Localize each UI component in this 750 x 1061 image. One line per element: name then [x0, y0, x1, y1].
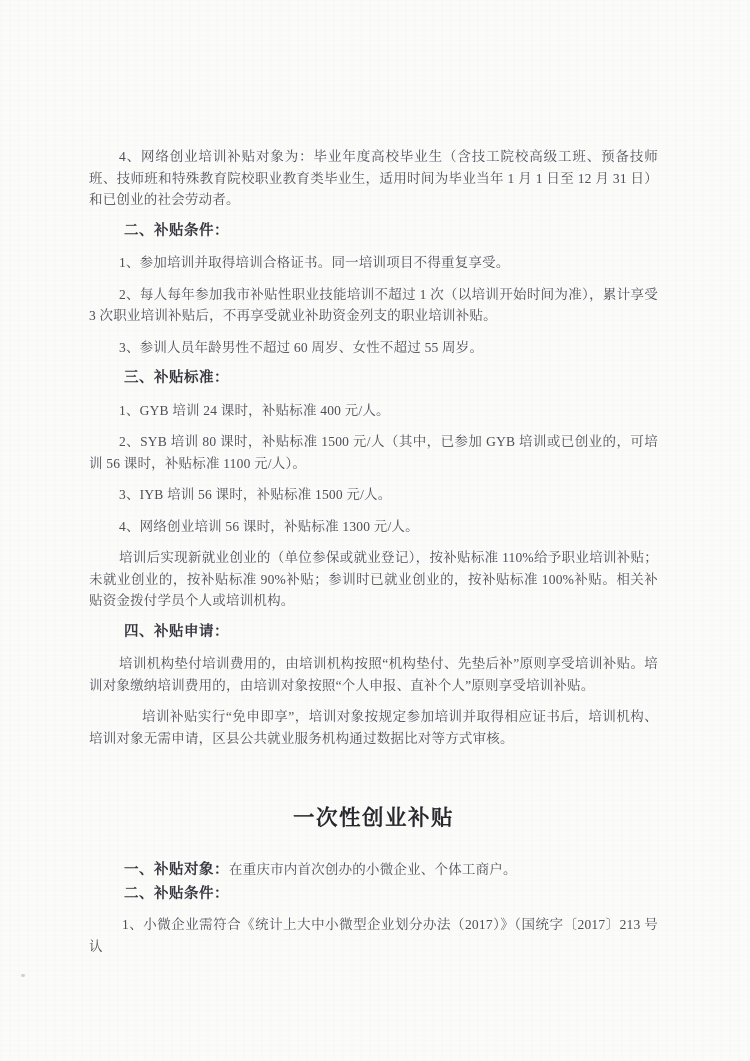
line-subsidy-target: 一、补贴对象：在重庆市内首次创办的小微企业、个体工商户。 — [89, 859, 658, 882]
heading-subsidy-conditions: 二、补贴条件： — [89, 221, 658, 243]
paragraph-standards-note: 培训后实现新就业创业的（单位参保或就业登记），按补贴标准 110%给予职业培训补… — [89, 547, 658, 612]
condition-item-1: 1、参加培训并取得培训合格证书。同一培训项目不得重复享受。 — [89, 252, 658, 274]
scan-speckle — [21, 974, 25, 977]
section-title-onetime-startup-subsidy: 一次性创业补贴 — [89, 803, 658, 833]
heading-onetime-conditions: 二、补贴条件： — [89, 884, 658, 906]
standard-item-syb: 2、SYB 培训 80 课时，补贴标准 1500 元/人（其中，已参加 GYB … — [89, 431, 658, 474]
paragraph-application-auto-enjoy: 培训补贴实行“免申即享”，培训对象按规定参加培训并取得相应证书后，培训机构、培训… — [89, 706, 658, 749]
paragraph-network-training-target: 4、网络创业培训补贴对象为：毕业年度高校毕业生（含技工院校高级工班、预备技师班、… — [89, 146, 658, 211]
standard-item-network: 4、网络创业培训 56 课时，补贴标准 1300 元/人。 — [89, 516, 658, 538]
paragraph-application-principle: 培训机构垫付培训费用的，由培训机构按照“机构垫付、先垫后补”原则享受培训补贴。培… — [89, 653, 658, 696]
standard-item-iyb: 3、IYB 培训 56 课时，补贴标准 1500 元/人。 — [89, 484, 658, 506]
condition-item-3: 3、参训人员年龄男性不超过 60 周岁、女性不超过 55 周岁。 — [89, 337, 658, 359]
text-subsidy-target: 在重庆市内首次创办的小微企业、个体工商户。 — [229, 862, 517, 877]
condition-item-2: 2、每人每年参加我市补贴性职业技能培训不超过 1 次（以培训开始时间为准），累计… — [89, 284, 658, 327]
scanned-document-page: 4、网络创业培训补贴对象为：毕业年度高校毕业生（含技工院校高级工班、预备技师班、… — [0, 0, 750, 1061]
onetime-condition-item-1: 1、小微企业需符合《统计上大中小微型企业划分办法（2017）》（国统字〔2017… — [89, 914, 658, 957]
standard-item-gyb: 1、GYB 培训 24 课时，补贴标准 400 元/人。 — [89, 400, 658, 422]
label-subsidy-target: 一、补贴对象： — [124, 862, 229, 878]
heading-subsidy-application: 四、补贴申请： — [89, 622, 658, 644]
heading-subsidy-standards: 三、补贴标准： — [89, 368, 658, 390]
